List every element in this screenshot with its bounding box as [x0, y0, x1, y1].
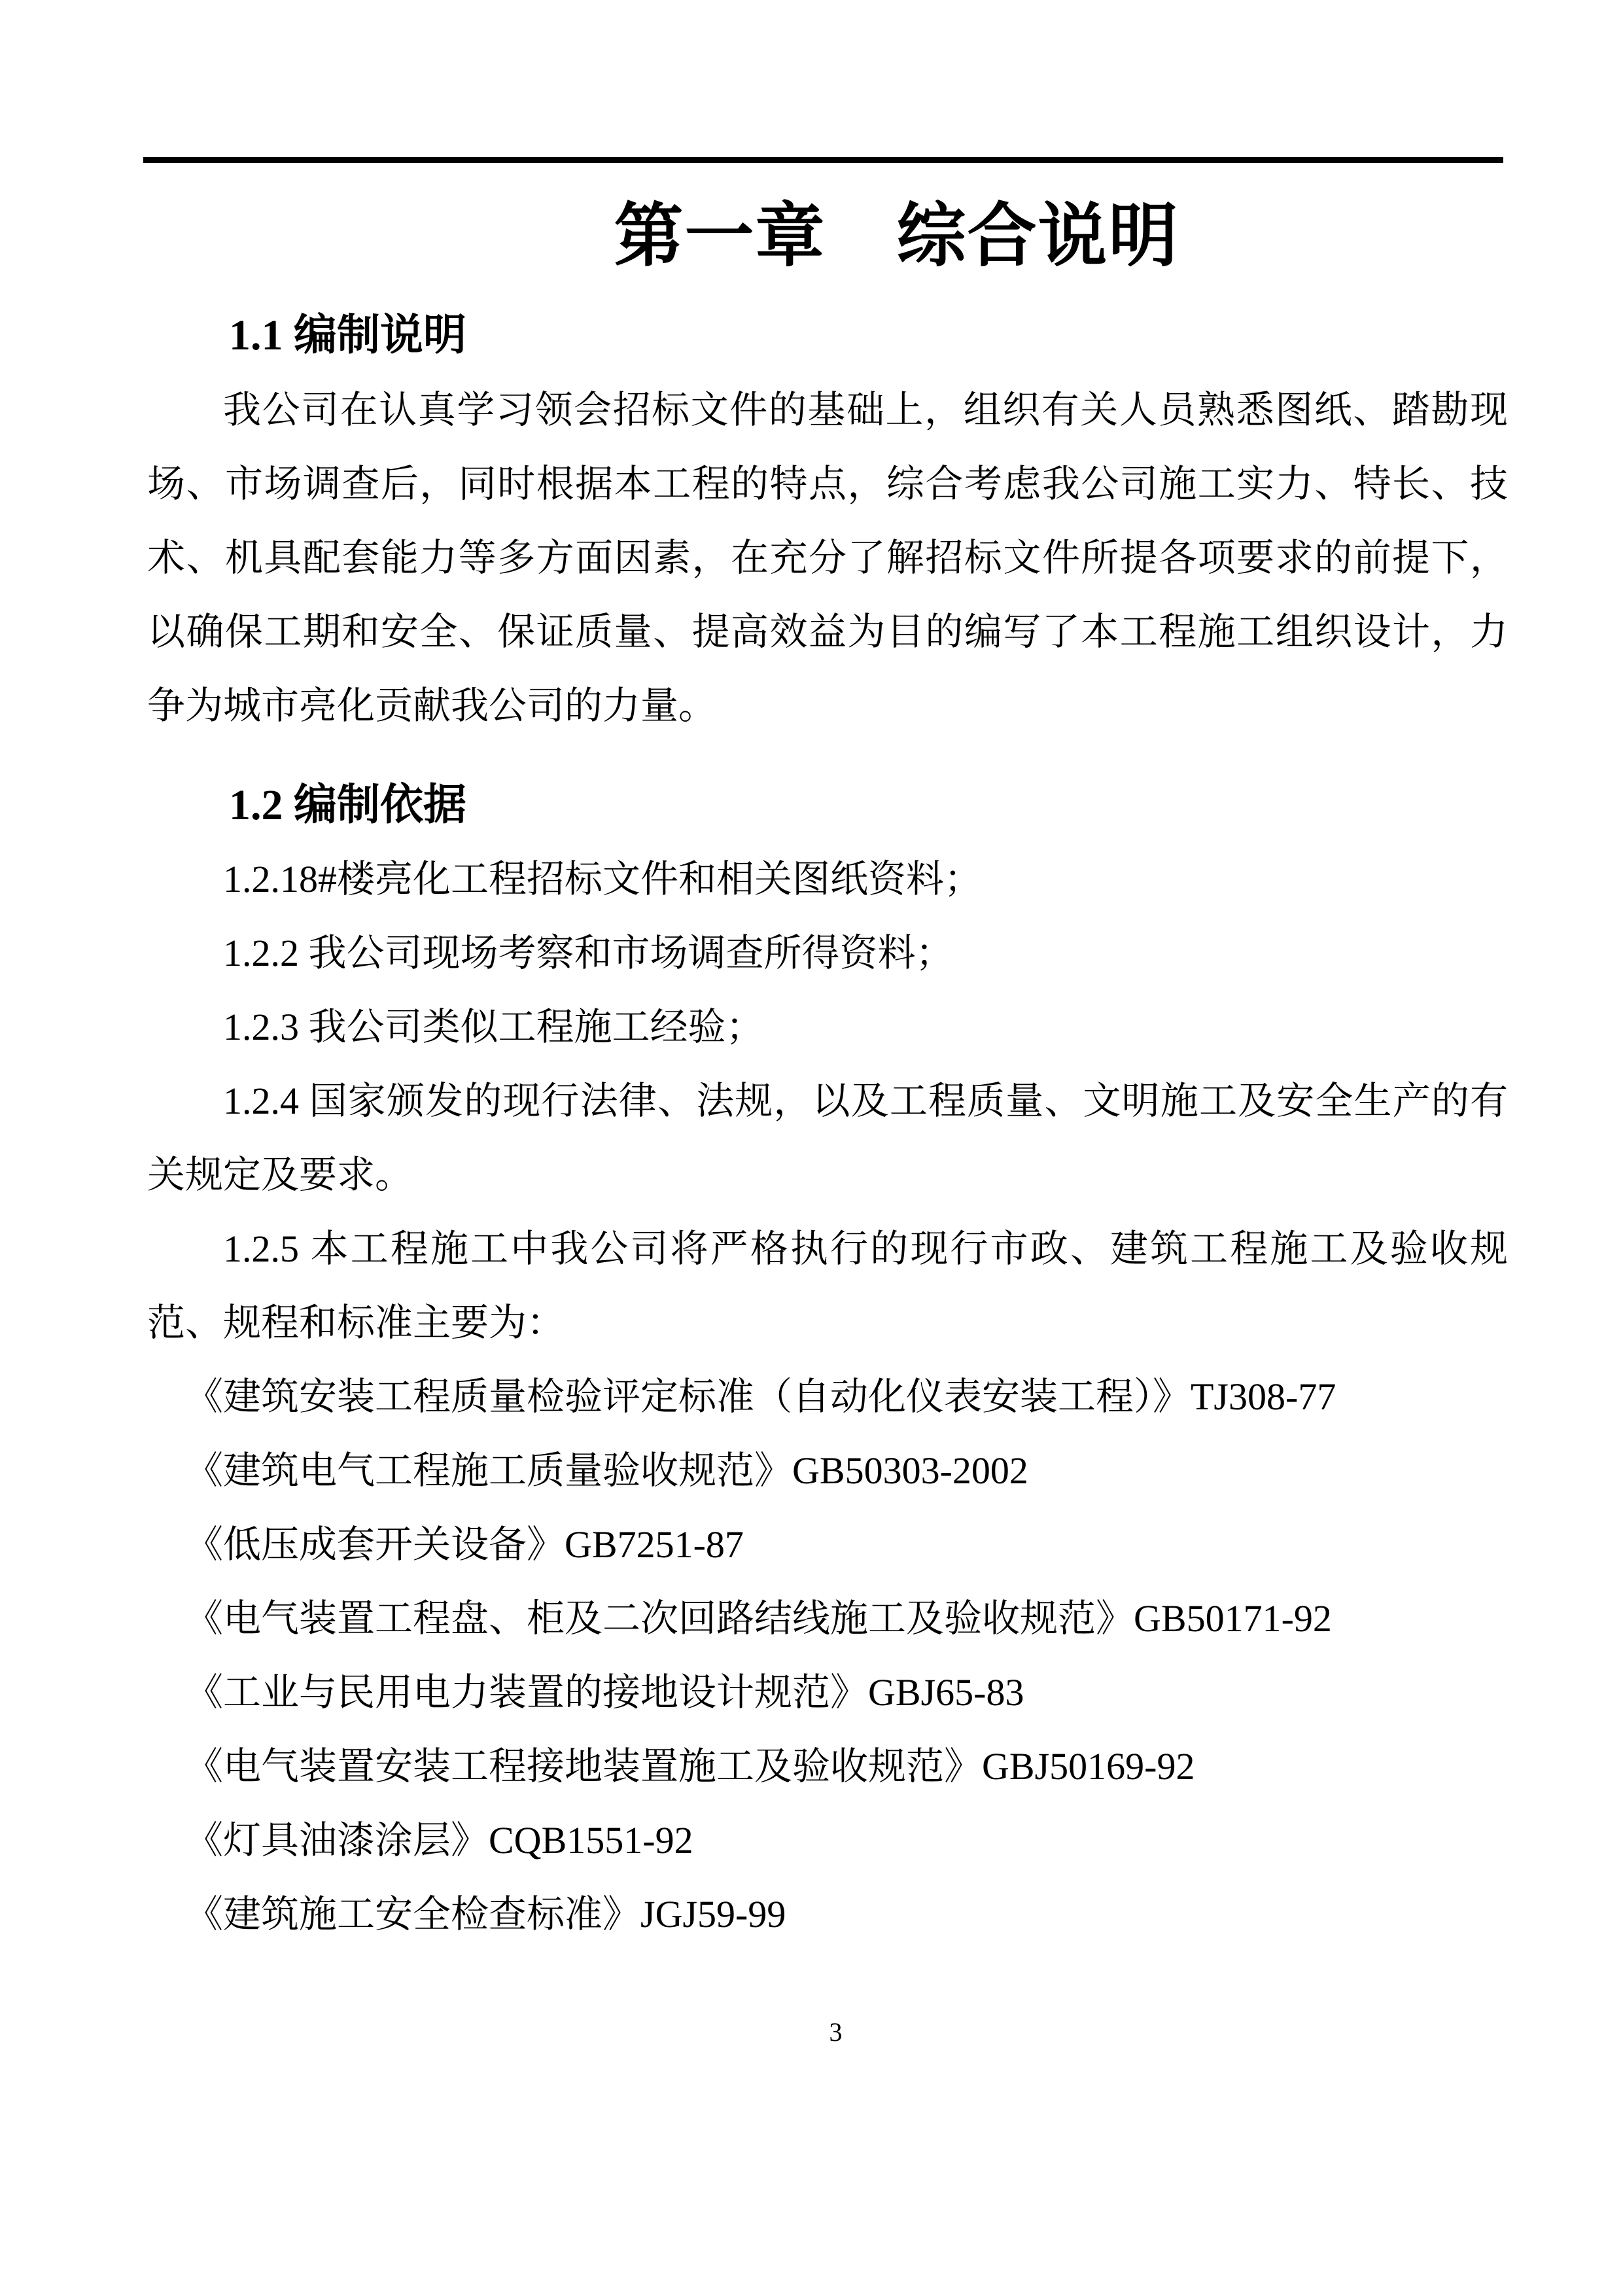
standard-item: 《电气装置工程盘、柜及二次回路结线施工及验收规范》GB50171-92 [147, 1581, 1508, 1655]
standard-item: 《建筑施工安全检查标准》JGJ59-99 [147, 1877, 1508, 1951]
standard-item: 《灯具油漆涂层》CQB1551-92 [147, 1803, 1508, 1877]
list-item: 1.2.18#楼亮化工程招标文件和相关图纸资料； [147, 842, 1508, 916]
reference-list: 1.2.18#楼亮化工程招标文件和相关图纸资料； 1.2.2 我公司现场考察和市… [147, 842, 1508, 1951]
header-rule [143, 157, 1503, 163]
section-heading-1-2: 1.2 编制依据 [229, 768, 466, 842]
standard-item: 《建筑安装工程质量检验评定标准（自动化仪表安装工程）》TJ308-77 [147, 1360, 1508, 1434]
standard-item: 《低压成套开关设备》GB7251-87 [147, 1508, 1508, 1581]
list-item: 1.2.5 本工程施工中我公司将严格执行的现行市政、建筑工程施工及验收规范、规程… [147, 1212, 1508, 1360]
section-heading-1-1: 1.1 编制说明 [229, 298, 466, 372]
list-item: 1.2.4 国家颁发的现行法律、法规，以及工程质量、文明施工及安全生产的有关规定… [147, 1064, 1508, 1212]
standard-item: 《电气装置安装工程接地装置施工及验收规范》GBJ50169-92 [147, 1729, 1508, 1803]
document-page: 第一章 综合说明 1.1 编制说明 我公司在认真学习领会招标文件的基础上，组织有… [0, 0, 1623, 2296]
standard-item: 《建筑电气工程施工质量验收规范》GB50303-2002 [147, 1434, 1508, 1508]
list-item: 1.2.2 我公司现场考察和市场调查所得资料； [147, 916, 1508, 990]
intro-paragraph: 我公司在认真学习领会招标文件的基础上，组织有关人员熟悉图纸、踏勘现场、市场调查后… [147, 373, 1508, 743]
chapter-title: 第一章 综合说明 [0, 194, 1623, 281]
page-number: 3 [0, 2017, 1623, 2048]
standard-item: 《工业与民用电力装置的接地设计规范》GBJ65-83 [147, 1655, 1508, 1729]
list-item: 1.2.3 我公司类似工程施工经验； [147, 990, 1508, 1064]
